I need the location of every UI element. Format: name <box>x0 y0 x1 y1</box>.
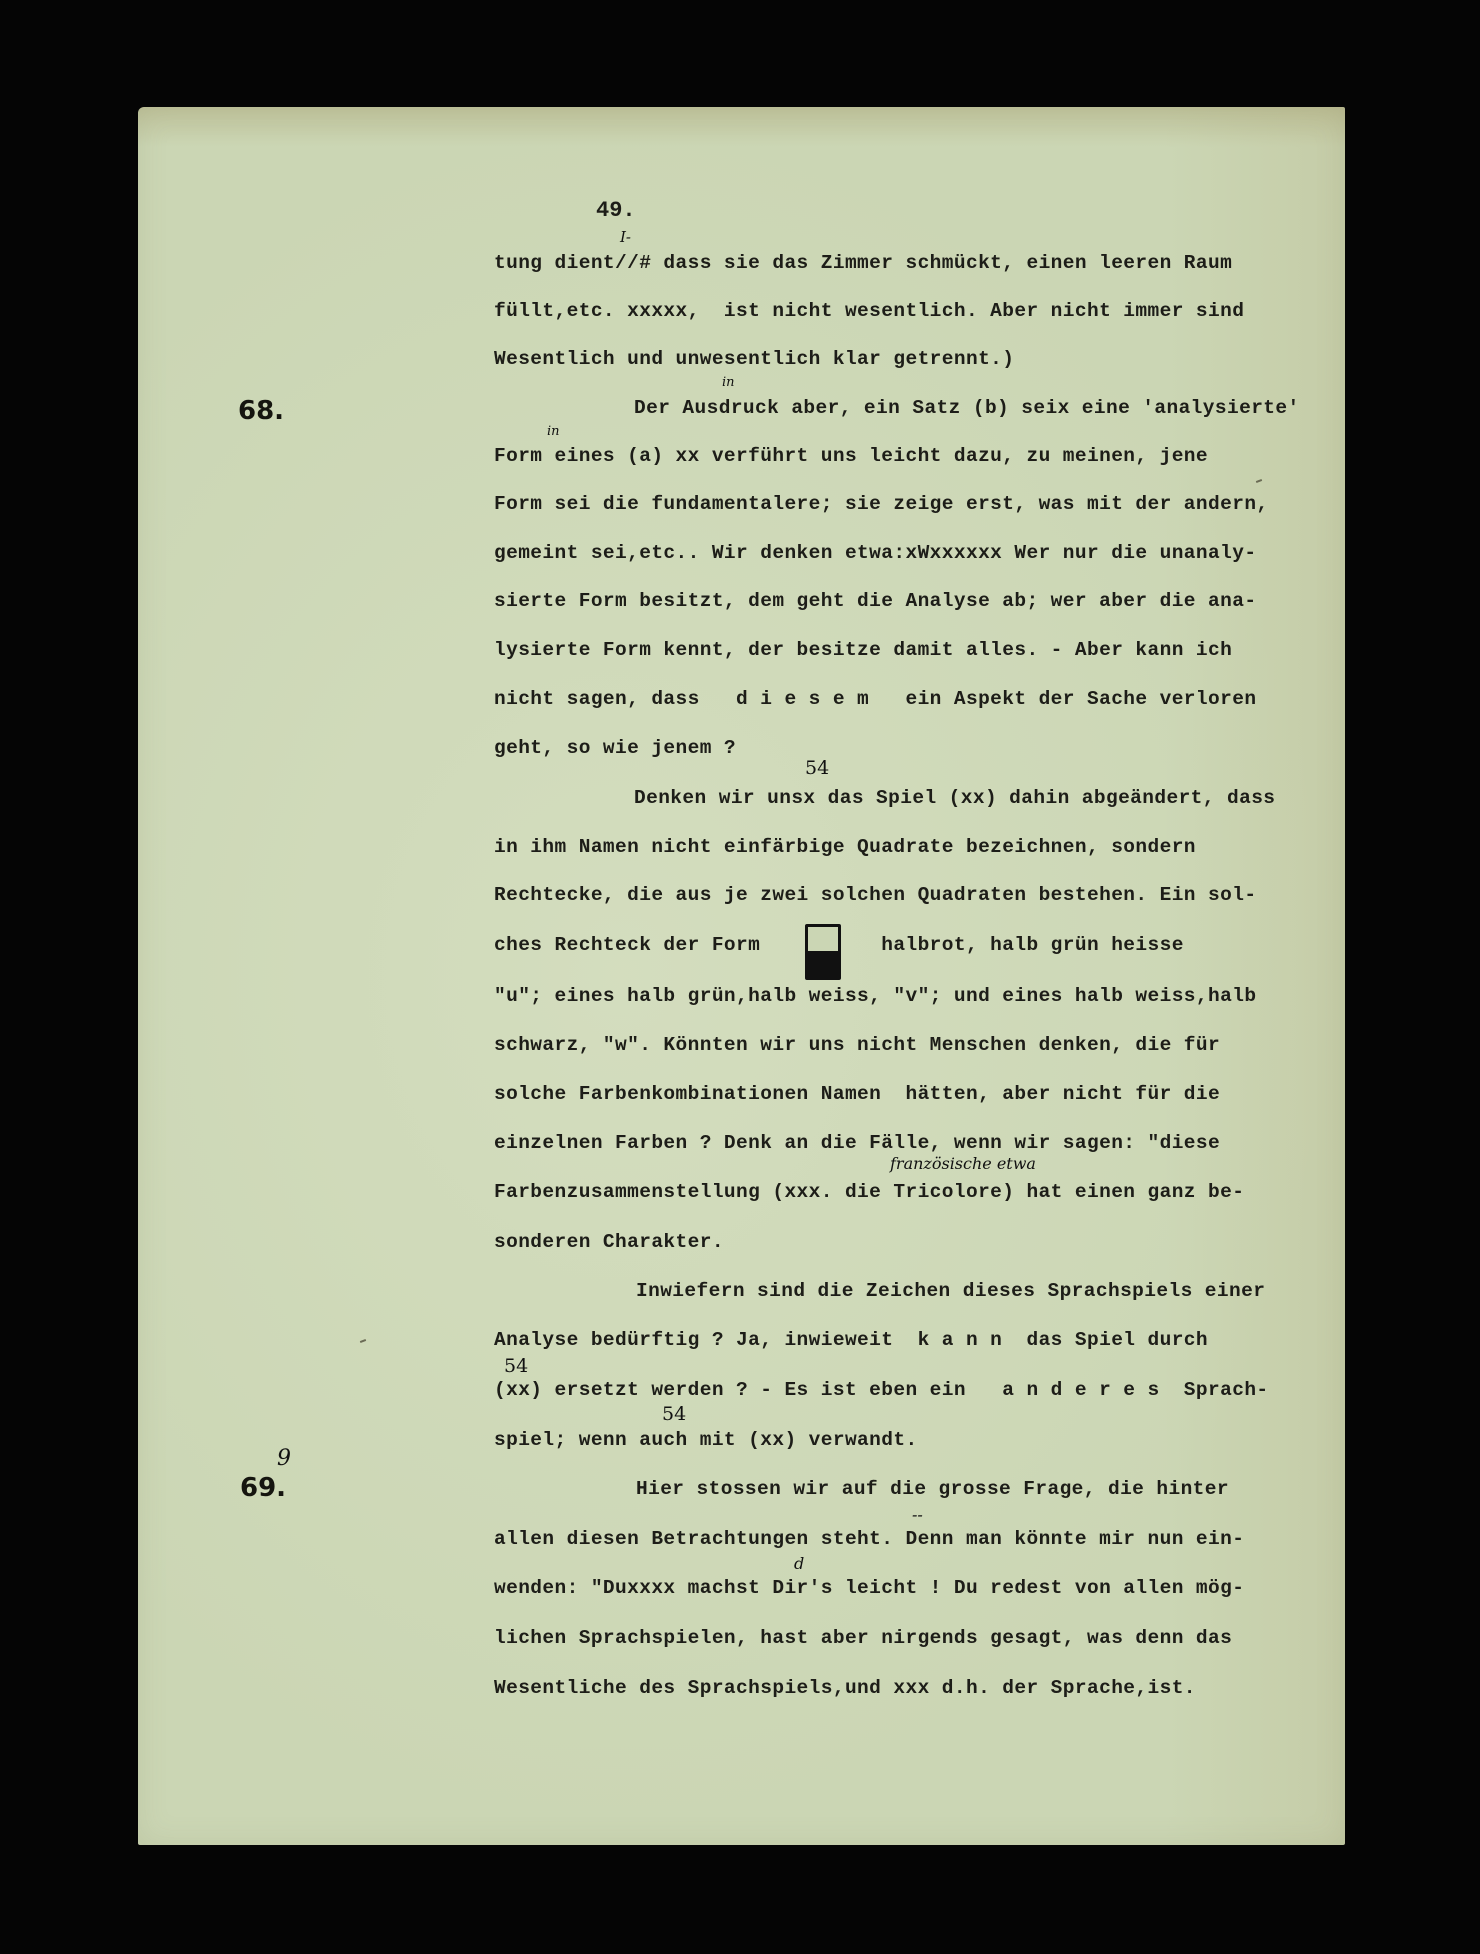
text-line-20: Farbenzusammenstellung (xxx. die Tricolo… <box>494 1179 1244 1205</box>
text-line-6: Form sei die fundamentalere; sie zeige e… <box>494 491 1269 517</box>
annotation-dient: I- <box>620 228 631 246</box>
text-line-1: tung dient//# dass sie das Zimmer schmüc… <box>494 250 1232 276</box>
text-line-17: schwarz, "w". Könnten wir uns nicht Mens… <box>494 1032 1220 1058</box>
text-line-5: Form eines (a) xx verführt uns leicht da… <box>494 443 1208 469</box>
annotation-franzoesische-etwa: französische etwa <box>890 1154 1036 1173</box>
annotation-steht-mark: -- <box>912 1505 923 1524</box>
text-line-4: Der Ausdruck aber, ein Satz (b) seix ein… <box>634 395 1300 421</box>
text-line-2: füllt,etc. xxxxx, ist nicht wesentlich. … <box>494 298 1244 324</box>
text-line-25: spiel; wenn auch mit (xx) verwandt. <box>494 1427 918 1453</box>
annotation-54-spiel: 54 <box>805 757 829 779</box>
text-line-7: gemeint sei,etc.. Wir denken etwa:xWxxxx… <box>494 540 1256 566</box>
text-line-30: Wesentliche des Sprachspiels,und xxx d.h… <box>494 1675 1196 1701</box>
text-line-14: Rechtecke, die aus je zwei solchen Quadr… <box>494 882 1256 908</box>
text-line-8: sierte Form besitzt, dem geht die Analys… <box>494 588 1256 614</box>
text-line-21: sonderen Charakter. <box>494 1229 724 1255</box>
margin-correction-9: 9 <box>277 1446 291 1471</box>
text-line-13: in ihm Namen nicht einfärbige Quadrate b… <box>494 834 1196 860</box>
page-number: 49. <box>596 198 636 223</box>
annotation-54-mit: 54 <box>662 1403 686 1425</box>
text-line-18: solche Farbenkombinationen Namen hätten,… <box>494 1081 1220 1107</box>
annotation-in-eines: in <box>547 424 560 439</box>
text-line-10: nicht sagen, dass d i e s e m ein Aspekt… <box>494 686 1256 712</box>
text-line-16: "u"; eines halb grün,halb weiss, "v"; un… <box>494 983 1256 1009</box>
text-line-11: geht, so wie jenem ? <box>494 735 736 761</box>
annotation-d-dir: d <box>794 1554 804 1573</box>
margin-section-number-69: 69. <box>240 1473 286 1503</box>
text-line-24: (xx) ersetzt werden ? - Es ist eben ein … <box>494 1377 1269 1403</box>
annotation-in-satz: in <box>722 375 735 390</box>
annotation-54-ersetzt: 54 <box>504 1355 528 1377</box>
text-line-9: lysierte Form kennt, der besitze damit a… <box>494 637 1232 663</box>
text-line-26: Hier stossen wir auf die grosse Frage, d… <box>636 1476 1229 1502</box>
text-line-3: Wesentlich und unwesentlich klar getrenn… <box>494 346 1014 372</box>
text-line-29: lichen Sprachspielen, hast aber nirgends… <box>494 1625 1232 1651</box>
half-filled-rectangle-figure <box>805 924 841 980</box>
text-line-19: einzelnen Farben ? Denk an die Fälle, we… <box>494 1130 1220 1156</box>
text-line-27: allen diesen Betrachtungen steht. Denn m… <box>494 1526 1244 1552</box>
text-line-22: Inwiefern sind die Zeichen dieses Sprach… <box>636 1278 1265 1304</box>
text-line-12: Denken wir unsx das Spiel (xx) dahin abg… <box>634 785 1275 811</box>
margin-section-number-68: 68. <box>238 396 284 426</box>
text-line-23: Analyse bedürftig ? Ja, inwieweit k a n … <box>494 1327 1208 1353</box>
text-line-28: wenden: "Duxxxx machst Dir's leicht ! Du… <box>494 1575 1244 1601</box>
